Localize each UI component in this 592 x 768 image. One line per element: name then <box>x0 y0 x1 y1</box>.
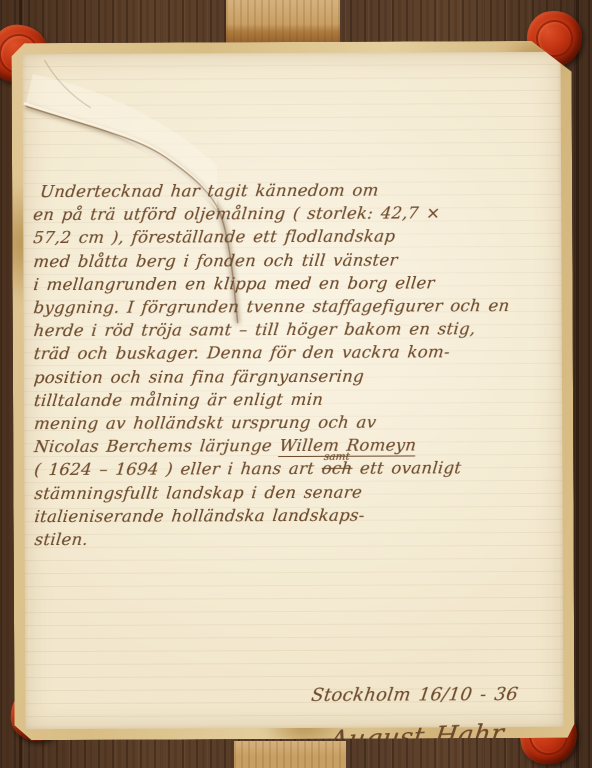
signature: August Hahr <box>327 723 505 753</box>
letter-line: en på trä utförd oljemålning ( storlek: … <box>32 201 554 226</box>
letter-line-correction-prefix: ( 1624 – 1694 ) eller i hans art <box>33 459 322 479</box>
letter-line: med blåtta berg i fonden och till vänste… <box>32 247 554 272</box>
letter-line-artist-prefix: Nicolas Berchems lärjunge <box>33 436 280 456</box>
letter-line-correction-suffix: ett ovanligt <box>351 459 462 478</box>
corrected-word: ochsamt <box>321 457 354 480</box>
light-wood-patch-top <box>226 0 340 44</box>
letter-line: 57,2 cm ), föreställande ett flodlandska… <box>32 224 554 249</box>
letter-line: stämningsfullt landskap i den senare <box>33 479 555 504</box>
letter-line: position och sina fina färgnyansering <box>33 363 555 388</box>
inserted-word-above: samt <box>323 446 351 469</box>
letter-paper: Undertecknad har tagit kännedom om en på… <box>23 52 564 729</box>
wood-seam-right <box>576 0 579 768</box>
letter-line: italieniserande holländska landskaps- <box>33 503 555 528</box>
letter-line-correction: ( 1624 – 1694 ) eller i hans art ochsamt… <box>33 456 555 481</box>
letter-line: träd och buskager. Denna för den vackra … <box>33 340 555 365</box>
letter-line: i mellangrunden en klippa med en borg el… <box>32 271 554 296</box>
letter-line: mening av holländskt ursprung och av <box>33 410 555 435</box>
letter-line: tilltalande målning är enligt min <box>33 387 555 412</box>
letter-line: stilen. <box>33 526 555 551</box>
light-wood-patch-bottom <box>234 741 346 768</box>
letter-body: Undertecknad har tagit kännedom om en på… <box>33 178 555 552</box>
letter-line: Undertecknad har tagit kännedom om <box>32 178 554 203</box>
letter-line: herde i röd tröja samt – till höger bako… <box>33 317 555 342</box>
taped-paper-sheet: Undertecknad har tagit kännedom om en på… <box>11 41 574 740</box>
dateline: Stockholm 16/10 - 36 <box>310 683 520 707</box>
letter-line-artist: Nicolas Berchems lärjunge Willem Romeyn <box>33 433 555 458</box>
photograph-letter-on-wood-panel: Undertecknad har tagit kännedom om en på… <box>0 0 592 768</box>
letter-line: byggning. I förgrunden tvenne staffagefi… <box>32 294 554 319</box>
